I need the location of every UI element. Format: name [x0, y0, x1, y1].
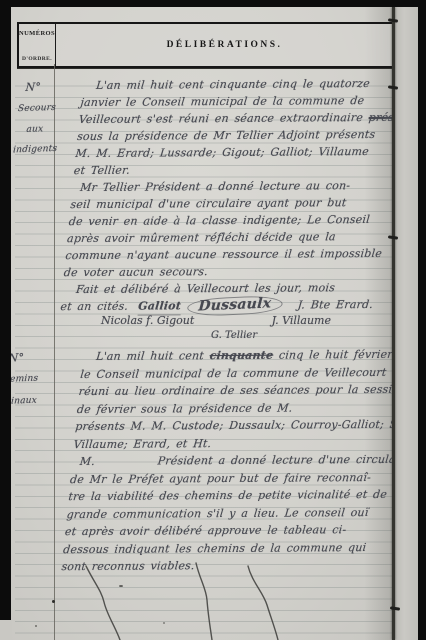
signature-row: Nicolas f. Gigout J. Villaume — [101, 314, 331, 327]
dordre-label: D'ORDRE. — [22, 56, 52, 62]
signature: G. Tellier — [211, 330, 257, 341]
deliberation-line: Veillecourt s'est réuni en séance extrao… — [78, 109, 388, 128]
deliberation-line: et après avoir délibéré approuve le tabl… — [64, 521, 374, 541]
numeros-label: NUMÉROS — [19, 30, 55, 37]
deliberation-line: de Mr le Préfet ayant pour but de faire … — [69, 468, 379, 488]
closing-and-signatures: et an cités. Galliot Dussaulx J. Bte Era… — [60, 296, 370, 315]
margin-note: N° — [11, 351, 24, 365]
margin-note: N° — [25, 80, 41, 94]
next-page-edge — [395, 7, 418, 640]
deliberation-line: de février sous la présidence de M. — [76, 398, 386, 418]
deliberation-line: commune n'ayant aucune ressource il est … — [65, 245, 375, 264]
closing-text: et an cités. — [60, 298, 129, 315]
signature: Nicolas f. Gigout — [101, 314, 194, 327]
deliberation-line: Mr Tellier Président a donné lecture au … — [71, 177, 381, 196]
ink-speck — [119, 585, 123, 587]
margin-notes-entry1: N° Secours aux indigents — [19, 7, 79, 8]
deliberation-line: dessous indiquant les chemins de la comm… — [62, 538, 372, 558]
deliberation-line: janvier le Conseil municipal de la commu… — [80, 92, 390, 111]
register-scan-photo: NUMÉROS D'ORDRE. DÉLIBÉRATIONS. N° Secou… — [0, 0, 426, 640]
deliberation-line: réuni au lieu ordinaire de ses séances p… — [78, 381, 388, 401]
header-double-rule — [17, 68, 395, 69]
register-page: NUMÉROS D'ORDRE. DÉLIBÉRATIONS. N° Secou… — [11, 7, 418, 640]
page-bottom-left-edge — [0, 620, 12, 640]
deliberation-line: Villaume; Erard, et Ht. — [73, 433, 383, 453]
deliberation-line: sont reconnus viables. — [61, 556, 371, 576]
deliberation-line: L'an mil huit cent cinquante cinq le hui… — [81, 346, 391, 366]
column-header-deliberations: DÉLIBÉRATIONS. — [56, 24, 393, 66]
ink-speck — [35, 625, 37, 627]
deliberation-line: Fait et délibéré à Veillecourt les jour,… — [61, 279, 371, 298]
signature: Galliot — [137, 297, 182, 315]
signature-row: G. Tellier — [211, 330, 257, 341]
deliberation-line: le Conseil municipal de la commune de Ve… — [80, 363, 390, 383]
overwritten-word: cinquante — [209, 349, 274, 362]
ink-speck — [52, 600, 55, 603]
margin-note: indigents — [13, 144, 58, 156]
margin-note: Chemins — [11, 374, 39, 385]
deliberation-line: de venir en aide à la classe indigente; … — [68, 211, 378, 230]
deliberation-line: et Tellier. — [73, 160, 383, 179]
binding-edge — [392, 7, 395, 640]
stitch-mark — [388, 235, 398, 239]
table-header: NUMÉROS D'ORDRE. DÉLIBÉRATIONS. — [17, 22, 395, 68]
deliberation-entry-2: L'an mil huit cent cinquante cinq le hui… — [61, 346, 391, 576]
deliberation-entry-1: L'an mil huit cent cinquante cinq le qua… — [60, 75, 391, 315]
ink-speck — [163, 622, 165, 624]
deliberation-line: L'an mil huit cent cinquante cinq le qua… — [81, 75, 391, 94]
deliberation-line: M. Président a donné lecture d'une circu… — [71, 451, 381, 471]
deliberation-line: sous la présidence de Mr Tellier Adjoint… — [76, 126, 386, 145]
deliberation-line: après avoir mûrement réfléchi décide que… — [66, 228, 376, 247]
deliberation-line: seil municipal d'une circulaire ayant po… — [70, 194, 380, 213]
deliberation-line: M. M. Erard; Lussarde; Gigout; Galliot; … — [75, 143, 385, 162]
margin-notes-entry2: N° Chemins vicinaux — [19, 7, 79, 8]
deliberation-line: grande communication s'il y a lieu. Le c… — [66, 503, 376, 523]
column-header-numeros: NUMÉROS D'ORDRE. — [19, 24, 56, 66]
margin-note: Secours — [18, 103, 57, 114]
deliberation-line: tre la viabilité des chemins de petite v… — [68, 486, 378, 506]
deliberation-line: présents M. M. Custode; Dussaulx; Courro… — [74, 416, 384, 436]
margin-note: aux — [26, 124, 44, 135]
margin-note: vicinaux — [11, 396, 37, 407]
signature: J. Bte Erard. — [297, 296, 374, 314]
signature: J. Villaume — [272, 314, 331, 327]
deliberation-line: de voter aucun secours. — [63, 262, 373, 281]
